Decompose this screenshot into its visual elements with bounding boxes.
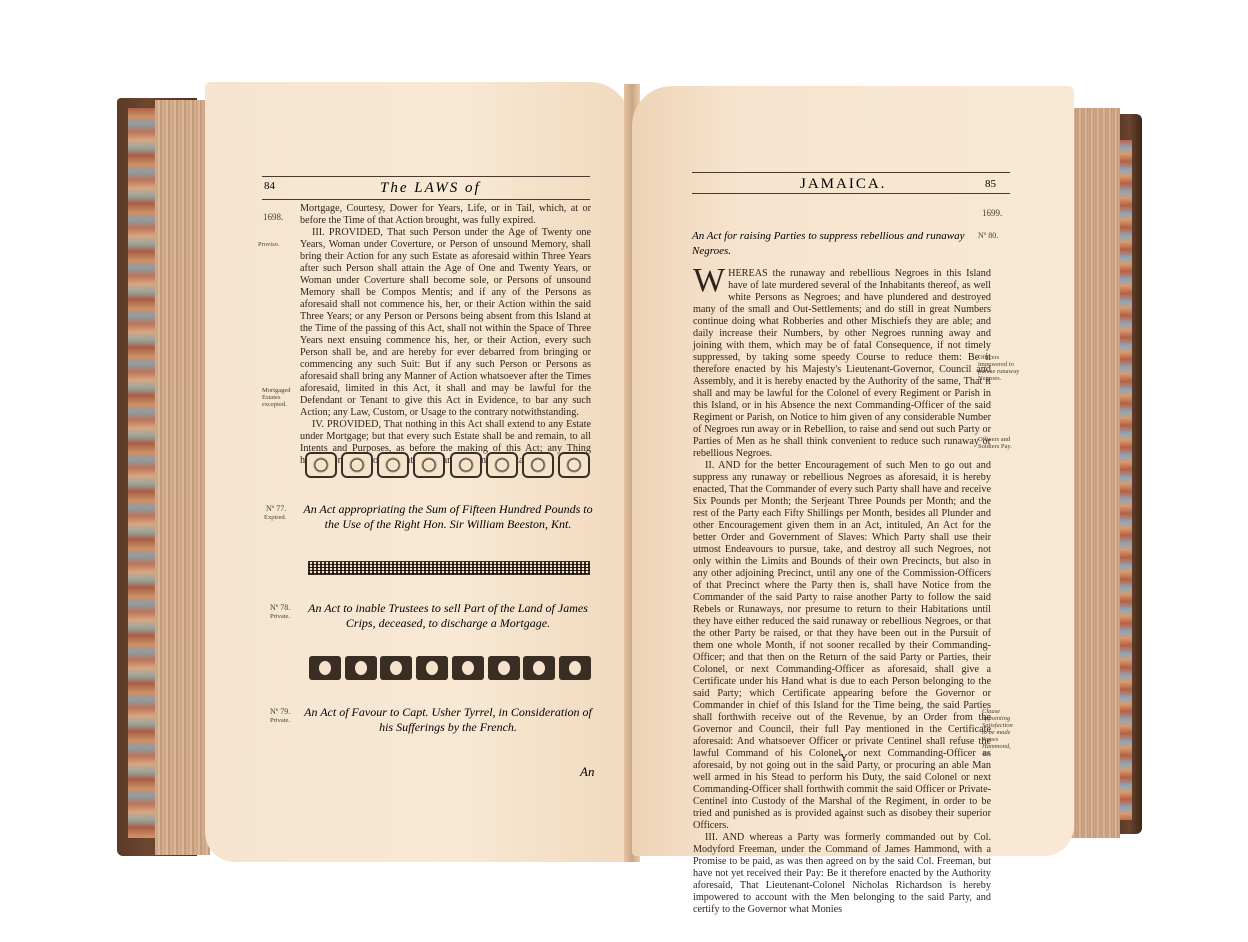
header-rule-bottom [262,199,590,200]
catchword: An [580,764,594,780]
open-book: 84 The LAWS of 1698. Proviso. Mortgaged … [0,0,1248,942]
left-marbled-endpaper [128,108,158,838]
printers-ornament-boxes [309,656,591,676]
right-body-text: WHEREAS the runaway and rebellious Negro… [693,268,991,916]
act-status: Private. [270,613,290,620]
act-status: Private. [270,717,290,724]
margin-note: Proviso. [258,241,280,248]
act-status: Expired. [264,514,286,521]
act-title: An Act for raising Parties to suppress r… [692,229,972,259]
printers-ornament [305,452,590,472]
act-title: An Act appropriating the Sum of Fifteen … [303,502,593,532]
page-number: 85 [985,178,996,190]
paragraph: III. AND whereas a Party was formerly co… [693,832,991,916]
right-marbled-endpaper [1120,140,1132,820]
header-rule-top [692,172,1010,173]
act-number: Nº 79. [270,708,290,715]
margin-note: Officers and Soldiers Pay. [978,436,1020,450]
act-title: An Act of Favour to Capt. Usher Tyrrel, … [303,705,593,735]
act-title: An Act to inable Trustees to sell Part o… [303,601,593,631]
right-page-edges [1070,108,1120,838]
year-note: 1698. [263,214,283,221]
paragraph: Mortgage, Courtesy, Dower for Years, Lif… [300,203,591,227]
act-number: Nº 78. [270,604,290,611]
act-number: Nº 80. [978,232,998,239]
header-rule-top [262,176,590,177]
margin-note: Mortgaged Estates excepted. [262,387,298,408]
drop-cap: W [693,268,725,294]
left-page-edges [155,100,210,855]
paragraph: III. PROVIDED, That such Person under th… [300,227,591,419]
margin-note: Clause appointing Satisfaction to be mad… [982,708,1018,757]
paragraph: II. AND for the better Encouragement of … [693,460,991,832]
running-head: The LAWS of [380,180,481,197]
margin-note: Officers impowered to pursue runaway Neg… [978,354,1020,382]
running-head: JAMAICA. [800,176,886,193]
header-rule-bottom [692,193,1010,194]
paragraph: WHEREAS the runaway and rebellious Negro… [693,268,991,460]
act-number: Nº 77. [266,505,286,512]
signature-mark: Y [840,752,848,764]
ornament-band [308,561,590,575]
page-number: 84 [264,180,275,192]
year-note: 1699. [982,210,1002,217]
left-body-text: Mortgage, Courtesy, Dower for Years, Lif… [300,203,591,467]
